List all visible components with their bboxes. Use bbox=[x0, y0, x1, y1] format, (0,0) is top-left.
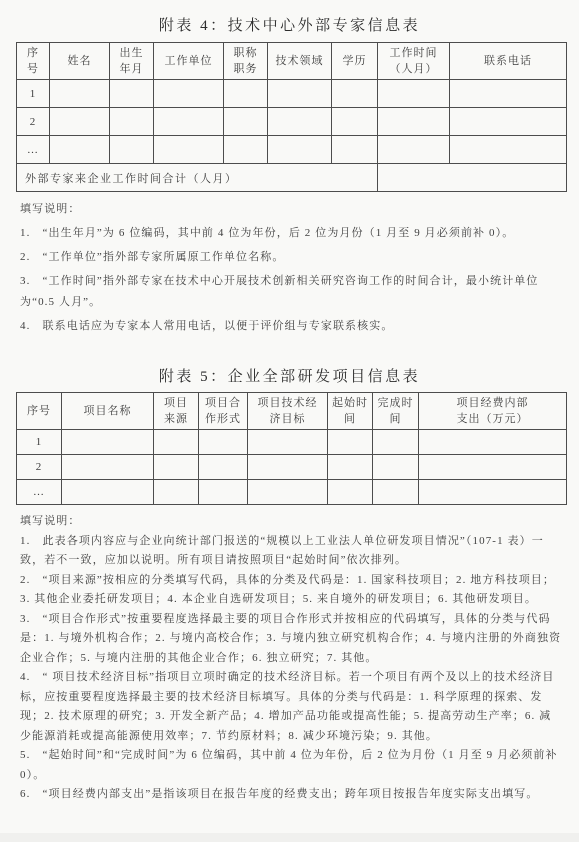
row-index-cell: 2 bbox=[17, 108, 50, 136]
empty-data-cell bbox=[419, 480, 567, 505]
row-index-cell: … bbox=[17, 136, 50, 164]
empty-data-cell bbox=[419, 455, 567, 480]
notes4-item-1: 1. “出生年月”为 6 位编码，其中前 4 位为年份，后 2 位为月份（1 月… bbox=[20, 223, 563, 244]
empty-data-cell bbox=[110, 80, 154, 108]
empty-data-cell bbox=[154, 108, 224, 136]
empty-data-cell bbox=[450, 108, 567, 136]
empty-data-cell bbox=[154, 80, 224, 108]
empty-data-cell bbox=[199, 455, 248, 480]
empty-data-cell bbox=[50, 80, 110, 108]
table4-title: 附表 4：技术中心外部专家信息表 bbox=[0, 0, 579, 42]
empty-data-cell bbox=[154, 455, 199, 480]
empty-data-cell bbox=[224, 136, 268, 164]
table4-column-header-2: 出生 年月 bbox=[110, 43, 154, 80]
table4-column-header-3: 工作单位 bbox=[154, 43, 224, 80]
table5-title: 附表 5：企业全部研发项目信息表 bbox=[0, 340, 579, 392]
table4-row-1: 2 bbox=[17, 108, 567, 136]
empty-data-cell bbox=[154, 430, 199, 455]
empty-data-cell bbox=[62, 455, 154, 480]
empty-data-cell bbox=[199, 430, 248, 455]
table5-column-header-4: 项目技术经 济目标 bbox=[248, 393, 328, 430]
notes4-item-4: 4. 联系电话应为专家本人常用电话，以便于评价组与专家联系核实。 bbox=[20, 316, 563, 337]
table5-column-header-2: 项目 来源 bbox=[154, 393, 199, 430]
table4-column-header-4: 职称 职务 bbox=[224, 43, 268, 80]
notes4-item-3: 3. “工作时间”指外部专家在技术中心开展技术创新相关研究咨询工作的时间合计，最… bbox=[20, 271, 563, 313]
empty-data-cell bbox=[248, 430, 328, 455]
empty-data-cell bbox=[378, 108, 450, 136]
empty-data-cell bbox=[268, 80, 332, 108]
empty-data-cell bbox=[328, 455, 373, 480]
table4-row-2: … bbox=[17, 136, 567, 164]
table4-column-header-6: 学历 bbox=[332, 43, 378, 80]
external-experts-table: 序 号姓名出生 年月工作单位职称 职务技术领域学历工作时间 （人月）联系电话12… bbox=[16, 42, 567, 192]
empty-data-cell bbox=[110, 136, 154, 164]
empty-data-cell bbox=[224, 108, 268, 136]
table4-column-header-1: 姓名 bbox=[50, 43, 110, 80]
table4-header-row: 序 号姓名出生 年月工作单位职称 职务技术领域学历工作时间 （人月）联系电话 bbox=[17, 43, 567, 80]
notes5-item-6: 6. “项目经费内部支出”是指该项目在报告年度的经费支出；跨年项目按报告年度实际… bbox=[20, 785, 563, 805]
table5-column-header-5: 起始时 间 bbox=[328, 393, 373, 430]
empty-data-cell bbox=[373, 480, 419, 505]
empty-data-cell bbox=[328, 430, 373, 455]
notes5-item-1: 1. 此表各项内容应与企业向统计部门报送的“规模以上工业法人单位研发项目情况”（… bbox=[20, 532, 563, 571]
empty-data-cell bbox=[378, 136, 450, 164]
empty-data-cell bbox=[332, 136, 378, 164]
notes5-item-5: 5. “起始时间”和“完成时间”为 6 位编码，其中前 4 位为年份，后 2 位… bbox=[20, 746, 563, 785]
empty-data-cell bbox=[450, 136, 567, 164]
notes5-heading: 填写说明： bbox=[20, 512, 563, 532]
empty-data-cell bbox=[224, 80, 268, 108]
table4-footer-row: 外部专家来企业工作时间合计（人月） bbox=[17, 164, 567, 192]
table4-notes: 填写说明：1. “出生年月”为 6 位编码，其中前 4 位为年份，后 2 位为月… bbox=[20, 199, 563, 337]
notes5-item-4: 4. “ 项目技术经济目标”指项目立项时确定的技术经济目标。若一个项目有两个及以… bbox=[20, 668, 563, 746]
empty-data-cell bbox=[373, 430, 419, 455]
table5-header-row: 序号项目名称项目 来源项目合 作形式项目技术经 济目标起始时 间完成时 间项目经… bbox=[17, 393, 567, 430]
table4-column-header-7: 工作时间 （人月） bbox=[378, 43, 450, 80]
empty-data-cell bbox=[378, 80, 450, 108]
footer-total-label-cell: 外部专家来企业工作时间合计（人月） bbox=[17, 164, 378, 192]
notes5-item-3: 3. “项目合作形式”按重要程度选择最主要的项目合作形式并按相应的代码填写，具体… bbox=[20, 610, 563, 669]
empty-data-cell bbox=[154, 480, 199, 505]
table5-row-2: … bbox=[17, 480, 567, 505]
empty-data-cell bbox=[199, 480, 248, 505]
table4-row-0: 1 bbox=[17, 80, 567, 108]
row-index-cell: … bbox=[17, 480, 62, 505]
row-index-cell: 1 bbox=[17, 430, 62, 455]
table5-column-header-7: 项目经费内部 支出（万元） bbox=[419, 393, 567, 430]
empty-data-cell bbox=[62, 430, 154, 455]
table5-column-header-3: 项目合 作形式 bbox=[199, 393, 248, 430]
empty-data-cell bbox=[154, 136, 224, 164]
empty-data-cell bbox=[268, 108, 332, 136]
table5-row-1: 2 bbox=[17, 455, 567, 480]
notes4-item-2: 2. “工作单位”指外部专家所属原工作单位名称。 bbox=[20, 247, 563, 268]
table4-column-header-8: 联系电话 bbox=[450, 43, 567, 80]
table4-column-header-5: 技术领域 bbox=[268, 43, 332, 80]
empty-data-cell bbox=[268, 136, 332, 164]
empty-data-cell bbox=[450, 80, 567, 108]
empty-data-cell bbox=[332, 80, 378, 108]
empty-data-cell bbox=[248, 455, 328, 480]
empty-data-cell bbox=[62, 480, 154, 505]
table4-column-header-0: 序 号 bbox=[17, 43, 50, 80]
document-page: 附表 4：技术中心外部专家信息表 序 号姓名出生 年月工作单位职称 职务技术领域… bbox=[0, 0, 579, 842]
notes5-item-2: 2. “项目来源”按相应的分类填写代码，具体的分类及代码是：1. 国家科技项目；… bbox=[20, 571, 563, 610]
notes4-heading: 填写说明： bbox=[20, 199, 563, 220]
row-index-cell: 1 bbox=[17, 80, 50, 108]
footer-total-value-cell bbox=[378, 164, 567, 192]
rd-projects-table: 序号项目名称项目 来源项目合 作形式项目技术经 济目标起始时 间完成时 间项目经… bbox=[16, 392, 567, 505]
empty-data-cell bbox=[328, 480, 373, 505]
empty-data-cell bbox=[50, 108, 110, 136]
table5-column-header-6: 完成时 间 bbox=[373, 393, 419, 430]
table5-column-header-1: 项目名称 bbox=[62, 393, 154, 430]
empty-data-cell bbox=[110, 108, 154, 136]
row-index-cell: 2 bbox=[17, 455, 62, 480]
empty-data-cell bbox=[373, 455, 419, 480]
table5-column-header-0: 序号 bbox=[17, 393, 62, 430]
table5-row-0: 1 bbox=[17, 430, 567, 455]
empty-data-cell bbox=[419, 430, 567, 455]
page-bottom-strip bbox=[0, 833, 579, 842]
table5-notes: 填写说明：1. 此表各项内容应与企业向统计部门报送的“规模以上工业法人单位研发项… bbox=[20, 512, 563, 805]
empty-data-cell bbox=[332, 108, 378, 136]
empty-data-cell bbox=[248, 480, 328, 505]
empty-data-cell bbox=[50, 136, 110, 164]
